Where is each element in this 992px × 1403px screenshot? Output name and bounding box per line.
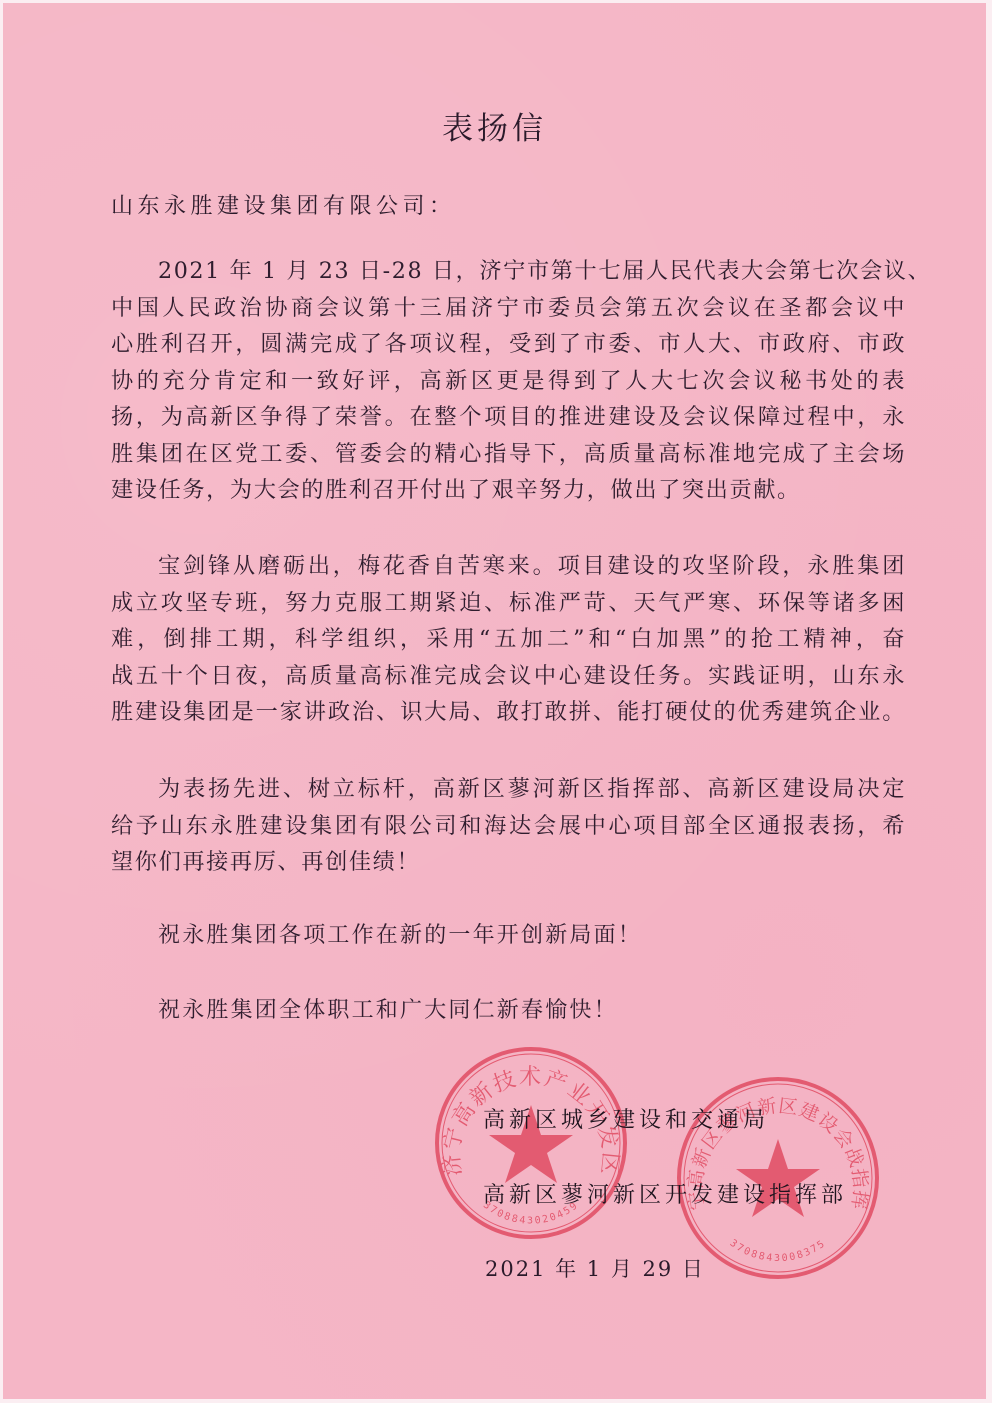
svg-text:3708843008375: 3708843008375	[728, 1238, 829, 1264]
letter-date: 2021 年 1 月 29 日	[485, 1253, 705, 1283]
paragraph-line: 望你们再接再厉、再创佳绩！	[111, 844, 906, 881]
official-seal-left: 济宁高新技术产业开发区 3708843020459	[431, 1043, 631, 1243]
paragraph-line: 扬，为高新区争得了荣誉。在整个项目的推进建设及会议保障过程中，永	[111, 399, 906, 436]
paragraph-line: 2021 年 1 月 23 日-28 日，济宁市第十七届人民代表大会第七次会议、	[111, 253, 906, 290]
paragraph-line: 成立攻坚专班，努力克服工期紧迫、标准严苛、天气严寒、环保等诸多困	[111, 585, 906, 622]
paragraph-line: 胜建设集团是一家讲政治、识大局、敢打敢拼、能打硬仗的优秀建筑企业。	[111, 694, 906, 731]
letter-title: 表扬信	[3, 103, 986, 148]
paragraph-line: 难，倒排工期，科学组织，采用“五加二”和“白加黑”的抢工精神，奋	[111, 621, 906, 658]
wish-line-2: 祝永胜集团全体职工和广大同仁新春愉快！	[158, 993, 618, 1024]
wish-line-1: 祝永胜集团各项工作在新的一年开创新局面！	[158, 918, 642, 949]
paragraph-line: 心胜利召开，圆满完成了各项议程，受到了市委、市人大、市政府、市政	[111, 326, 906, 363]
paragraph-3: 为表扬先进、树立标杆，高新区蓼河新区指挥部、高新区建设局决定 给予山东永胜建设集…	[111, 771, 906, 881]
signatory-2: 高新区蓼河新区开发建设指挥部	[483, 1178, 847, 1209]
salutation: 山东永胜建设集团有限公司：	[111, 189, 456, 220]
paragraph-line: 战五十个日夜，高质量高标准完成会议中心建设任务。实践证明，山东永	[111, 658, 906, 695]
paragraph-line: 建设任务，为大会的胜利召开付出了艰辛努力，做出了突出贡献。	[111, 472, 906, 509]
paragraph-line: 中国人民政治协商会议第十三届济宁市委员会第五次会议在圣都会议中	[111, 290, 906, 327]
paragraph-line: 给予山东永胜建设集团有限公司和海达会展中心项目部全区通报表扬，希	[111, 808, 906, 845]
letter-page: 表扬信 山东永胜建设集团有限公司： 2021 年 1 月 23 日-28 日，济…	[3, 3, 986, 1399]
paragraph-2: 宝剑锋从磨砺出，梅花香自苦寒来。项目建设的攻坚阶段，永胜集团 成立攻坚专班，努力…	[111, 548, 906, 731]
paragraph-line: 宝剑锋从磨砺出，梅花香自苦寒来。项目建设的攻坚阶段，永胜集团	[111, 548, 906, 585]
paragraph-1: 2021 年 1 月 23 日-28 日，济宁市第十七届人民代表大会第七次会议、…	[111, 253, 906, 509]
signatory-1: 高新区城乡建设和交通局	[483, 1103, 769, 1134]
paragraph-line: 胜集团在区党工委、管委会的精心指导下，高质量高标准地完成了主会场	[111, 436, 906, 473]
paragraph-line: 为表扬先进、树立标杆，高新区蓼河新区指挥部、高新区建设局决定	[111, 771, 906, 808]
paragraph-line: 协的充分肯定和一致好评，高新区更是得到了人大七次会议秘书处的表	[111, 363, 906, 400]
